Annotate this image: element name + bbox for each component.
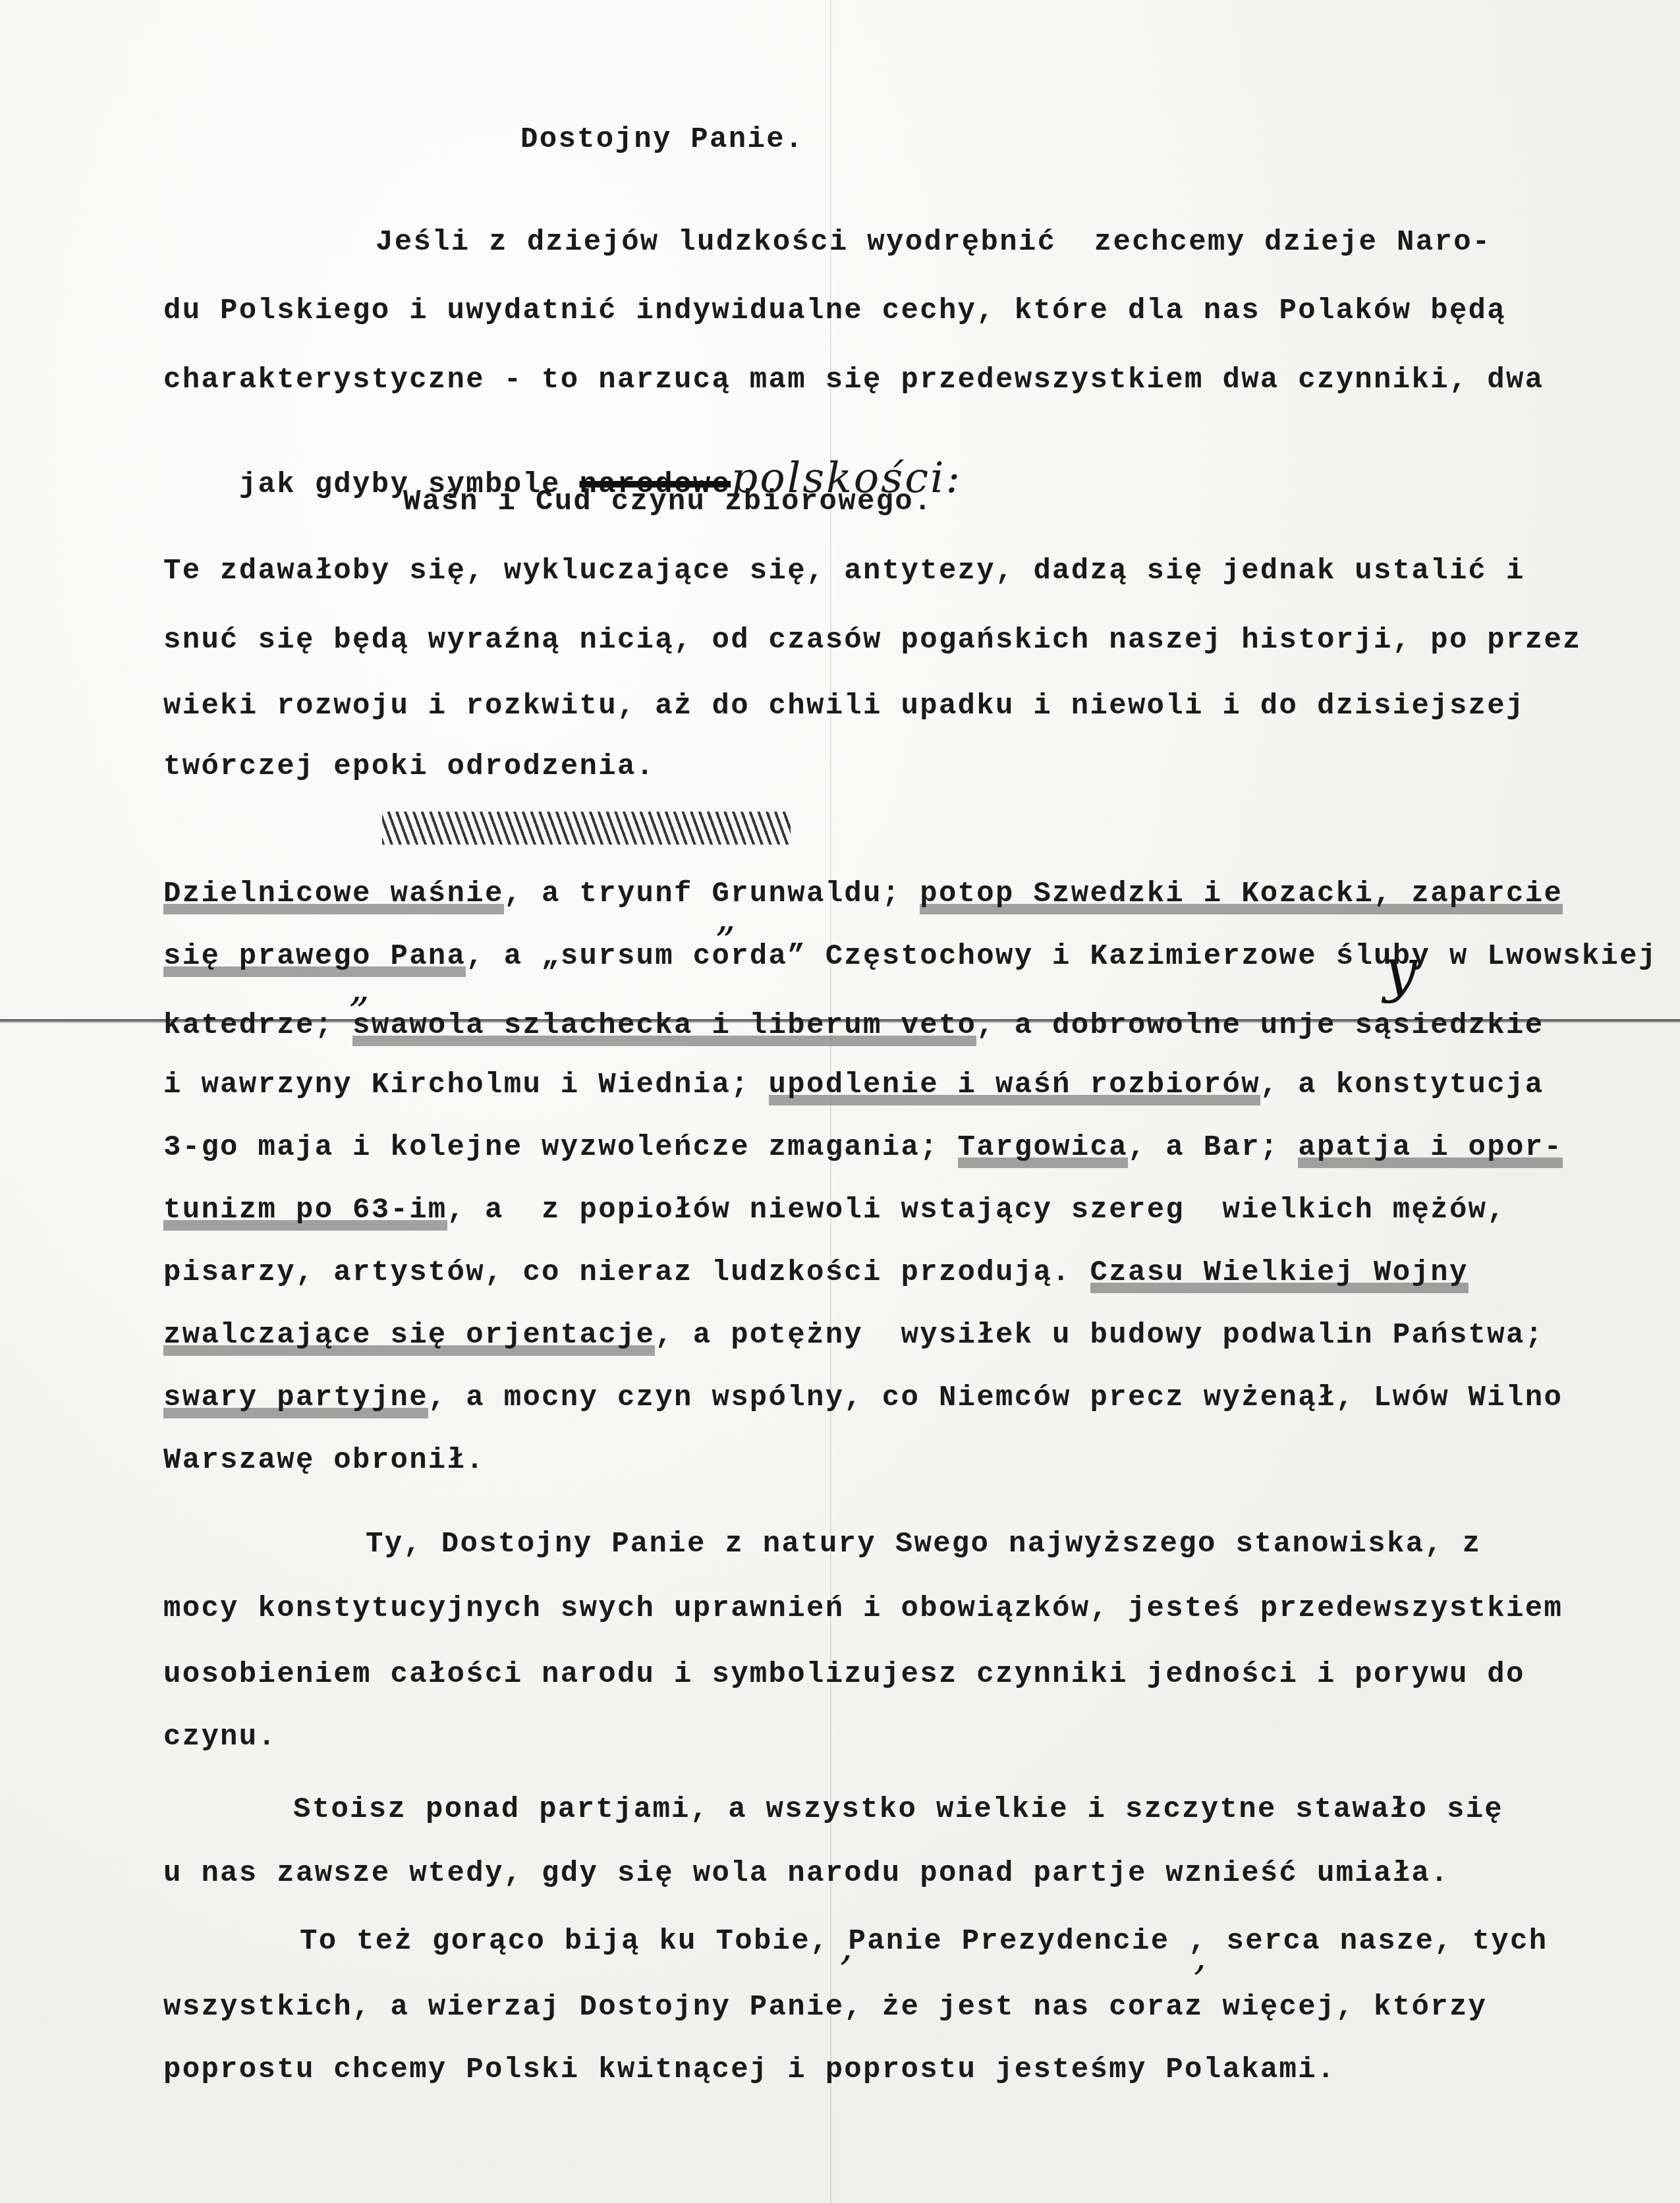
text-span: pisarzy, artystów, co nieraz ludzkości p… — [163, 1256, 1090, 1289]
p3-line2: się prawego Pana, a „sursum corda” Częst… — [163, 942, 1658, 971]
highlighted-phrase: Targowica — [958, 1131, 1128, 1168]
p5-line2: u nas zawsze wtedy, gdy się wola narodu … — [163, 1859, 1449, 1888]
typed-letter-page: Dostojny Panie. Jeśli z dziejów ludzkośc… — [0, 0, 1680, 2203]
p2-line1: Te zdawałoby się, wykluczające się, anty… — [163, 557, 1525, 586]
motto: Waśń i Cud czynu zbiorowego. — [403, 488, 933, 516]
p1-line3: charakterystyczne - to narzucą mam się p… — [163, 366, 1544, 395]
handwritten-y-correction: y — [1384, 935, 1417, 1005]
handwritten-comma-1: , — [840, 1924, 853, 1970]
text-span: , a Bar; — [1128, 1131, 1298, 1164]
p3-line6: tunizm po 63-im, a z popiołów niewoli ws… — [163, 1196, 1506, 1225]
text-span: , a mocny czyn wspólny, co Niemców precz… — [428, 1381, 1563, 1414]
p3-line10: Warszawę obronił. — [163, 1446, 485, 1475]
p3-line9: swary partyjne, a mocny czyn wspólny, co… — [163, 1383, 1563, 1412]
highlighted-phrase: upodlenie i waśń rozbiorów — [769, 1069, 1260, 1105]
text-span: , a „sursum corda” Częstochowy i Kazimie… — [466, 940, 1657, 973]
p5-line1: Stoisz ponad partjami, a wszystko wielki… — [293, 1795, 1503, 1824]
p3-line4: i wawrzyny Kircholmu i Wiednia; upodleni… — [163, 1071, 1544, 1100]
p1-line2: du Polskiego i uwydatnić indywidualne ce… — [163, 296, 1506, 325]
highlighted-phrase: swawola szlachecka i liberum veto — [352, 1009, 976, 1046]
p6-line2: wszystkich, a wierzaj Dostojny Panie, że… — [163, 1993, 1487, 2022]
p3-line1: Dzielnicowe waśnie, a tryunf Grunwaldu; … — [163, 879, 1563, 908]
p4-line2: mocy konstytucyjnych swych uprawnień i o… — [163, 1594, 1563, 1623]
p6-line1: To też gorąco biją ku Tobie, Panie Prezy… — [300, 1927, 1548, 1956]
text-span: , a konstytucja — [1260, 1069, 1544, 1101]
p2-line4: twórczej epoki odrodzenia. — [163, 752, 655, 781]
p3-line8: zwalczające się orjentacje, a potężny wy… — [163, 1321, 1544, 1350]
text-span: , a dobrowolne unje sąsiedzkie — [976, 1009, 1544, 1042]
text-span: , a potężny wysiłek u budowy podwalin Pa… — [655, 1319, 1544, 1352]
highlighted-phrase: potop Szwedzki i Kozacki, zaparcie — [920, 878, 1563, 914]
p4-line4: czynu. — [163, 1723, 277, 1752]
p4-line1: Ty, Dostojny Panie z natury Swego najwyż… — [366, 1530, 1482, 1559]
text-span: , a z popiołów niewoli wstający szereg w… — [447, 1194, 1506, 1227]
highlighted-phrase: tunizm po 63-im — [163, 1194, 447, 1231]
scribbled-out-heading — [382, 812, 791, 845]
p4-line3: uosobieniem całości narodu i symbolizuje… — [163, 1660, 1525, 1689]
handwritten-low-quote: „ — [349, 965, 370, 1011]
handwritten-comma-2: , — [1194, 1934, 1206, 1980]
p6-line3: poprostu chcemy Polski kwitnącej i popro… — [163, 2055, 1336, 2084]
highlighted-phrase: się prawego Pana — [163, 940, 466, 977]
p2-line2: snuć się będą wyraźną nicią, od czasów p… — [163, 626, 1582, 655]
highlighted-phrase: zwalczające się orjentacje — [163, 1319, 655, 1356]
text-span: 3-go maja i kolejne wyzwoleńcze zmagania… — [163, 1131, 958, 1164]
handwritten-quote-mark: ” — [715, 919, 735, 965]
p1-line1: Jeśli z dziejów ludzkości wyodrębnić zec… — [376, 228, 1492, 257]
highlighted-phrase: Dzielnicowe waśnie — [163, 878, 504, 914]
highlighted-phrase: swary partyjne — [163, 1381, 428, 1418]
text-span: i wawrzyny Kircholmu i Wiednia; — [163, 1069, 769, 1101]
p3-line7: pisarzy, artystów, co nieraz ludzkości p… — [163, 1258, 1469, 1287]
p3-line3: katedrze; swawola szlachecka i liberum v… — [163, 1011, 1544, 1040]
text-span: katedrze; — [163, 1009, 352, 1042]
salutation: Dostojny Panie. — [520, 125, 804, 154]
text-span: , a tryunf Grunwaldu; — [504, 878, 920, 910]
p3-line5: 3-go maja i kolejne wyzwoleńcze zmagania… — [163, 1133, 1563, 1162]
highlighted-phrase: apatja i opor- — [1298, 1131, 1563, 1168]
p2-line3: wieki rozwoju i rozkwitu, aż do chwili u… — [163, 692, 1525, 721]
highlighted-phrase: Czasu Wielkiej Wojny — [1090, 1256, 1469, 1293]
